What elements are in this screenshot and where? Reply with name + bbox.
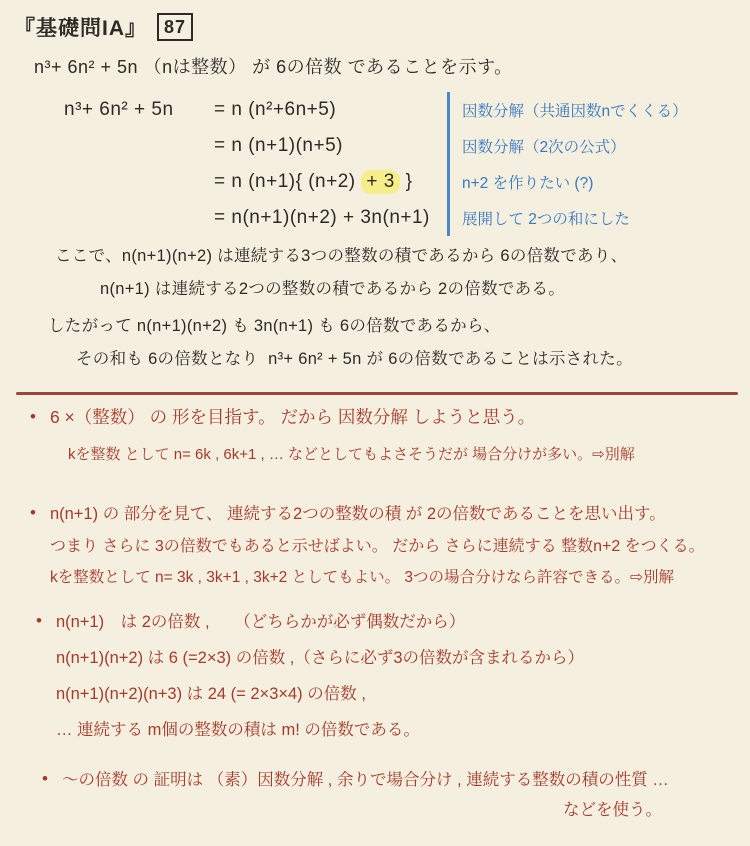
derivation-rhs-1: = n (n²+6n+5) (214, 99, 336, 121)
red-note-3: • n(n+1) は 2の倍数 , （どちらかが必ず偶数だから） n(n+1)(… (36, 608, 584, 752)
bullet-icon: • (42, 766, 48, 820)
red-note-1: • 6 ×（整数） の 形を目指す。 だから 因数分解 しようと思う。 kを整数… (30, 404, 635, 464)
red-note-2: • n(n+1) の 部分を見て、 連続する2つの整数の積 が 2の倍数であるこ… (30, 500, 705, 587)
derivation-lhs: n³+ 6n² + 5n (64, 99, 214, 121)
derivation-rhs-3-pre: = n (n+1){ (n+2) (214, 171, 361, 193)
highlight-mark: + 3 (361, 170, 399, 194)
derivation-rhs-3-post: } (400, 171, 413, 193)
page-title: 『基礎問IA』 (14, 12, 147, 42)
proof-p1-line-1: ここで、n(n+1)(n+2) は連続する3つの整数の積であるから 6の倍数であ… (55, 240, 627, 273)
red-note-3-line-4: … 連続する m個の整数の積は m! の倍数である。 (56, 716, 584, 740)
red-note-3-line-3: n(n+1)(n+2)(n+3) は 24 (= 2×3×4) の倍数 , (56, 680, 584, 704)
proof-p1-line-2: n(n+1) は連続する2つの整数の積であるから 2の倍数である。 (100, 273, 627, 306)
red-note-2-line-1: n(n+1) の 部分を見て、 連続する2つの整数の積 が 2の倍数であることを… (50, 500, 705, 524)
red-note-2-line-2: つまり さらに 3の倍数でもあると示せばよい。 だから さらに連続する 整数n+… (50, 533, 705, 556)
red-note-4-line-1: 〜の倍数 の 証明は （素）因数分解 , 余りで場合分け , 連続する整数の積の… (62, 766, 669, 790)
problem-number-box: 87 (157, 13, 193, 41)
red-note-1-line-2: kを整数 として n= 6k , 6k+1 , … などとしてもよさそうだが 場… (68, 443, 635, 464)
annotation-line-2: 因数分解（2次の公式） (462, 128, 688, 164)
section-divider-line (16, 392, 738, 395)
problem-statement: n³+ 6n² + 5n （nは整数） が 6の倍数 であることを示す。 (34, 53, 513, 79)
red-note-1-body: 6 ×（整数） の 形を目指す。 だから 因数分解 しようと思う。 kを整数 と… (50, 404, 635, 464)
annotation-line-1: 因数分解（共通因数nでくくる） (462, 92, 688, 128)
red-note-4-body: 〜の倍数 の 証明は （素）因数分解 , 余りで場合分け , 連続する整数の積の… (62, 766, 669, 820)
proof-paragraph-2: したがって n(n+1)(n+2) も 3n(n+1) も 6の倍数であるから、… (48, 310, 633, 376)
red-note-4-line-2: などを使う。 (62, 796, 662, 820)
annotation-line-3: n+2 を作りたい (?) (462, 164, 688, 200)
red-note-2-line-3: kを整数として n= 3k , 3k+1 , 3k+2 としてもよい。 3つの場… (50, 565, 705, 587)
proof-p2-line-2: その和も 6の倍数となり n³+ 6n² + 5n が 6の倍数であることは示さ… (76, 343, 633, 376)
bullet-icon: • (36, 608, 42, 752)
derivation-rhs-2: = n (n+1)(n+5) (214, 135, 343, 157)
notebook-page: 『基礎問IA』 87 n³+ 6n² + 5n （nは整数） が 6の倍数 であ… (0, 0, 750, 846)
derivation-block: n³+ 6n² + 5n = n (n²+6n+5) = n (n+1)(n+5… (64, 92, 430, 236)
derivation-line-2: = n (n+1)(n+5) (64, 128, 430, 164)
red-note-1-line-1: 6 ×（整数） の 形を目指す。 だから 因数分解 しようと思う。 (50, 404, 635, 429)
bullet-icon: • (30, 404, 36, 464)
annotation-line-4: 展開して 2つの和にした (462, 200, 688, 236)
red-note-3-body: n(n+1) は 2の倍数 , （どちらかが必ず偶数だから） n(n+1)(n+… (56, 608, 584, 752)
derivation-line-1: n³+ 6n² + 5n = n (n²+6n+5) (64, 92, 430, 128)
header: 『基礎問IA』 87 (14, 12, 193, 42)
derivation-line-4: = n(n+1)(n+2) + 3n(n+1) (64, 200, 430, 236)
red-note-2-body: n(n+1) の 部分を見て、 連続する2つの整数の積 が 2の倍数であることを… (50, 500, 705, 587)
derivation-rhs-4: = n(n+1)(n+2) + 3n(n+1) (214, 207, 430, 229)
derivation-line-3: = n (n+1){ (n+2) + 3 } (64, 164, 430, 200)
bullet-icon: • (30, 500, 36, 587)
red-note-4: • 〜の倍数 の 証明は （素）因数分解 , 余りで場合分け , 連続する整数の… (42, 766, 669, 820)
proof-p2-line-1: したがって n(n+1)(n+2) も 3n(n+1) も 6の倍数であるから、 (48, 310, 633, 343)
annotation-column: 因数分解（共通因数nでくくる） 因数分解（2次の公式） n+2 を作りたい (?… (447, 92, 688, 236)
red-note-3-line-1: n(n+1) は 2の倍数 , （どちらかが必ず偶数だから） (56, 608, 584, 632)
red-note-3-line-2: n(n+1)(n+2) は 6 (=2×3) の倍数 ,（さらに必ず3の倍数が含… (56, 644, 584, 668)
proof-paragraph-1: ここで、n(n+1)(n+2) は連続する3つの整数の積であるから 6の倍数であ… (55, 240, 627, 306)
